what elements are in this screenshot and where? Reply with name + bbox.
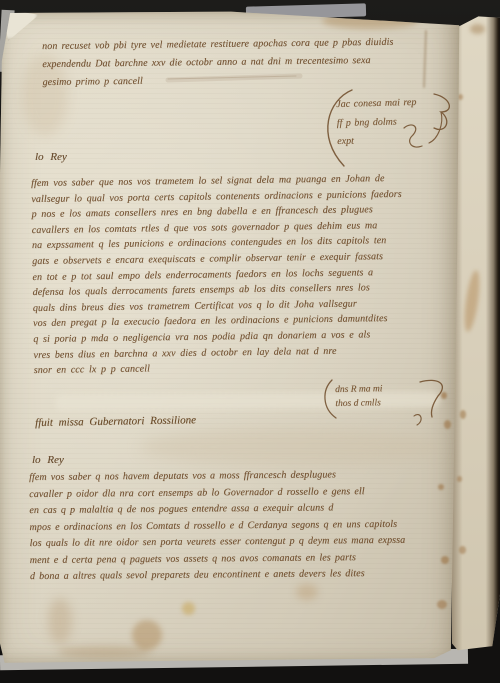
manuscript-page: non recuset vob pbi tyre vel medietate r… [0, 8, 462, 670]
stain [458, 94, 463, 100]
stain [441, 392, 447, 399]
adjacent-page-edge [452, 0, 500, 683]
manuscript-line: ff p bng dolms [336, 112, 417, 133]
stain [182, 602, 195, 615]
manuscript-line: Jac conesa mai rep [336, 94, 417, 115]
manuscript-line: d bona a altres quals sevol preparets de… [30, 565, 464, 585]
letter-body-1: ffem vos saber que nos vos trametem lo s… [31, 170, 460, 379]
salutation-lo-rey: lo Rey [32, 454, 64, 466]
stain [459, 546, 466, 554]
manuscript-line: expt [337, 131, 418, 152]
manuscript-line: dns R ma mi [335, 382, 382, 397]
stain [460, 410, 466, 419]
stain [48, 598, 72, 644]
smudge [140, 428, 440, 466]
salutation-lo-rey: lo Rey [35, 151, 67, 163]
manuscript-photo: non recuset vob pbi tyre vel medietate r… [0, 0, 500, 683]
sent-note: ffuit missa Gubernatori Rossilione [35, 414, 196, 429]
stain [296, 584, 318, 600]
closing-formula-paragraph: non recuset vob pbi tyre vel medietate r… [42, 33, 447, 92]
stain [470, 24, 485, 34]
stain [58, 646, 150, 658]
stain [462, 269, 483, 332]
manuscript-line: thos d cmlls [335, 396, 382, 411]
manuscript-line: gesimo primo p cancell [42, 69, 446, 92]
chancery-mandate-note: dns R ma mi thos d cmlls [335, 382, 383, 411]
chancery-registration-note: Jac conesa mai rep ff p bng dolms expt [336, 94, 418, 152]
stain [444, 420, 451, 429]
stain [132, 620, 162, 650]
stain [457, 476, 462, 482]
letter-body-2: ffem vos saber q nos havem deputats vos … [29, 466, 464, 585]
stain [437, 600, 447, 609]
